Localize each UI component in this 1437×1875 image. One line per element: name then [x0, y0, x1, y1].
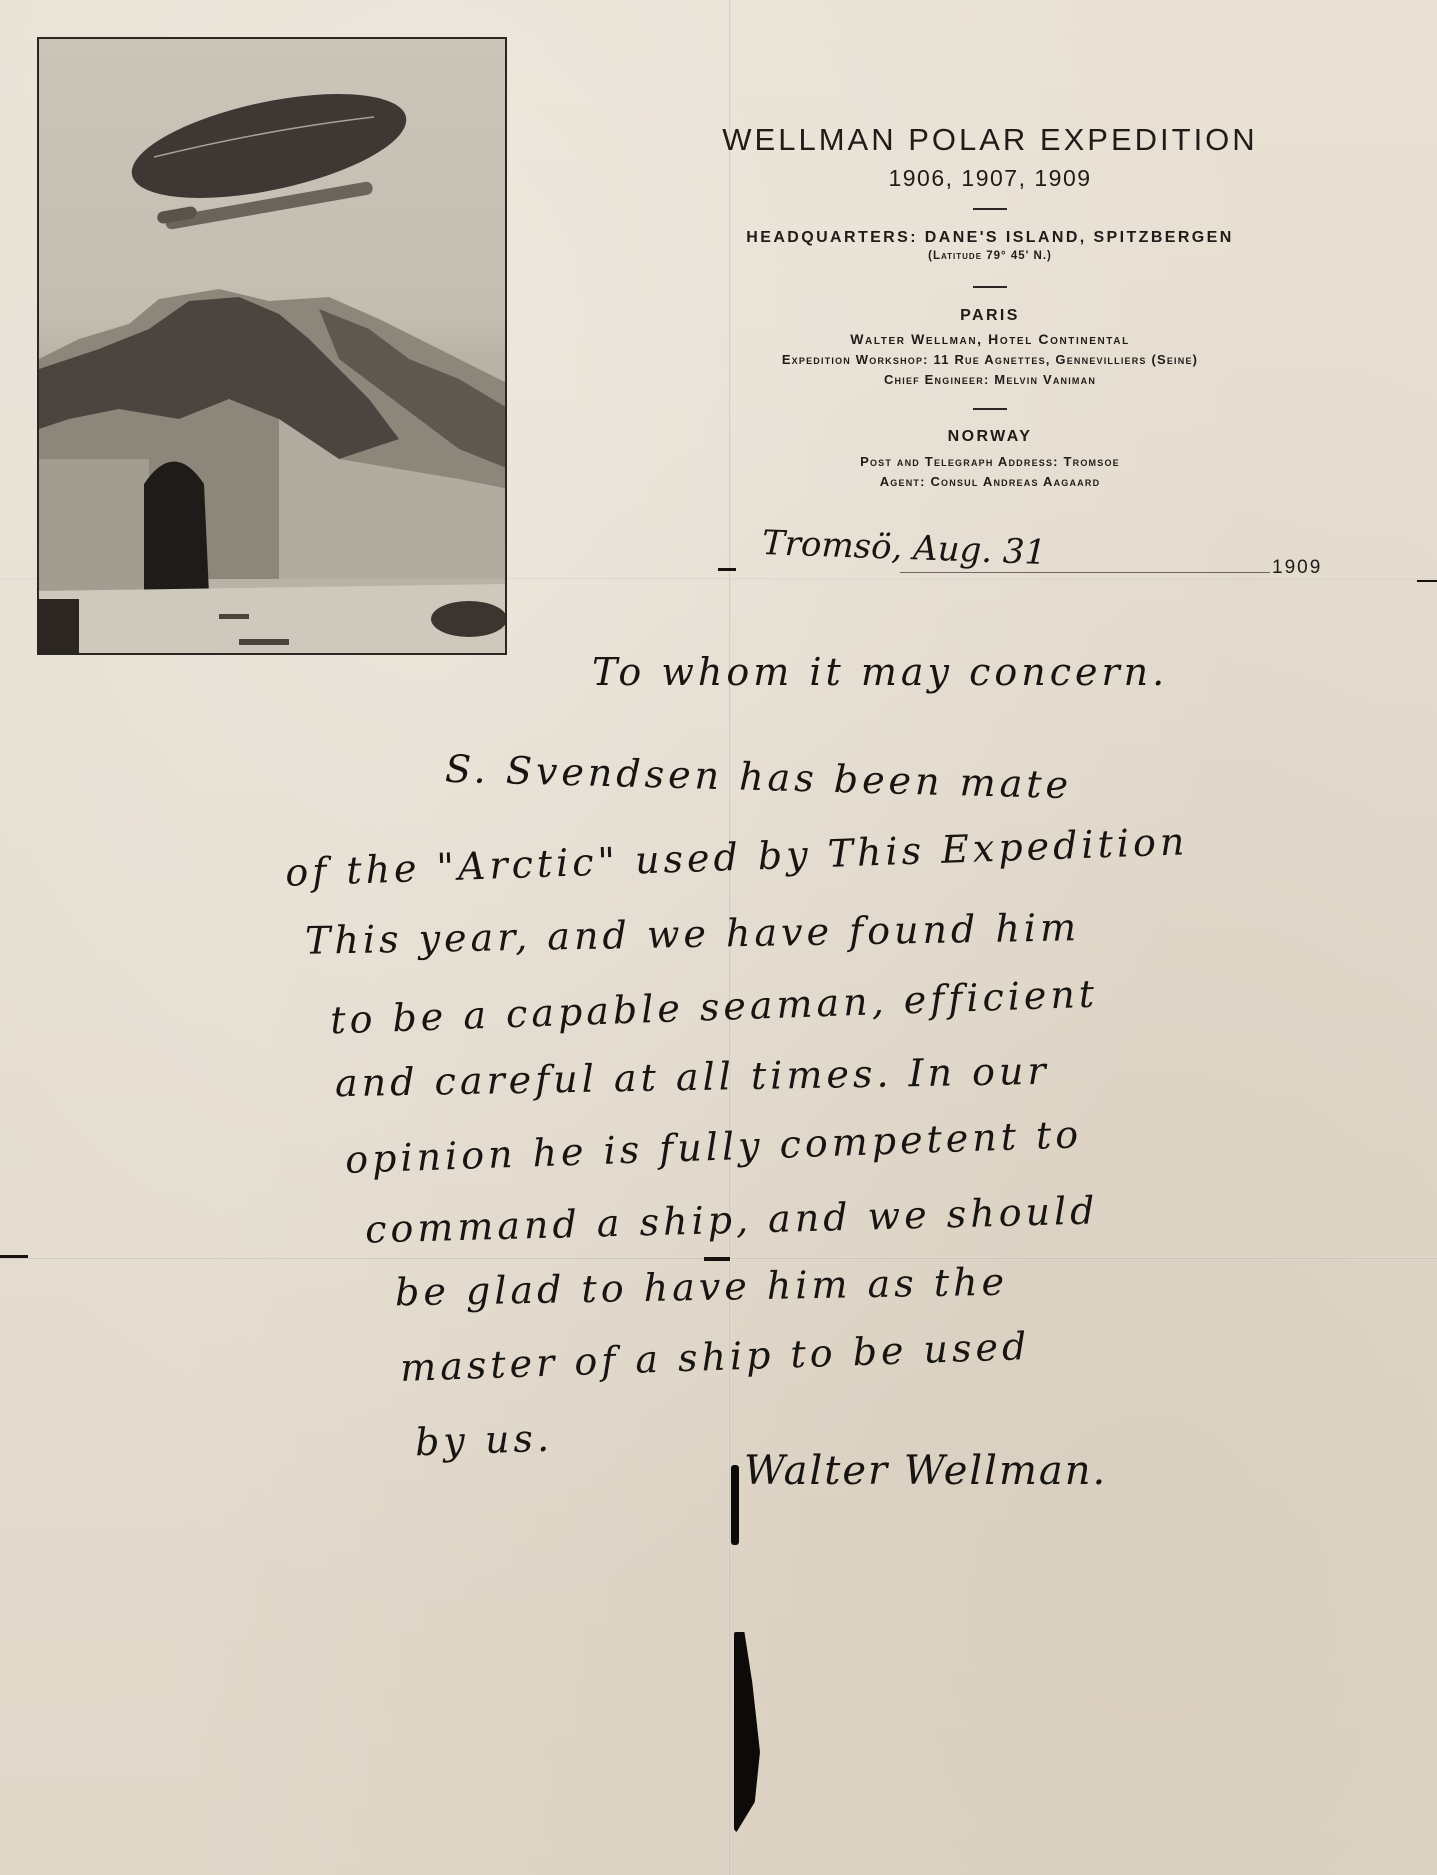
letterhead-headquarters: HEADQUARTERS: DANE'S ISLAND, SPITZBERGEN [640, 229, 1340, 247]
letterhead-paris-line: Chief Engineer: Melvin Vaniman [640, 372, 1340, 387]
printed-year: 1909 [1272, 557, 1322, 579]
airship-photo-icon [39, 39, 507, 655]
edge-nick-right [1417, 580, 1437, 582]
edge-nick-left [0, 1255, 28, 1258]
airship-photograph [37, 37, 507, 655]
letterhead-years: 1906, 1907, 1909 [640, 165, 1340, 192]
signature: Walter Wellman. [744, 1448, 1107, 1494]
letterhead-norway-heading: NORWAY [640, 428, 1340, 446]
letterhead-divider [973, 408, 1007, 410]
fold-hole-date [718, 568, 736, 571]
date-rule [900, 572, 1270, 573]
paper-tear-upper [731, 1465, 739, 1545]
letterhead-paris-heading: PARIS [640, 307, 1340, 325]
letterhead-norway-line: Agent: Consul Andreas Aagaard [640, 474, 1340, 489]
fold-hole-center [704, 1257, 730, 1261]
letterhead-paris-line: Walter Wellman, Hotel Continental [640, 331, 1340, 347]
letter-line: by us. [414, 1416, 553, 1465]
letterhead-title: WELLMAN POLAR EXPEDITION [640, 122, 1340, 158]
letterhead-paris-line: Expedition Workshop: 11 Rue Agnettes, Ge… [640, 352, 1340, 367]
letterhead-divider [973, 208, 1007, 210]
letterhead-divider [973, 286, 1007, 288]
letterhead-norway-line: Post and Telegraph Address: Tromsoe [640, 454, 1340, 469]
letterhead-latitude: (Latitude 79° 45' N.) [640, 250, 1340, 262]
letter-salutation: To whom it may concern. [592, 650, 1168, 694]
